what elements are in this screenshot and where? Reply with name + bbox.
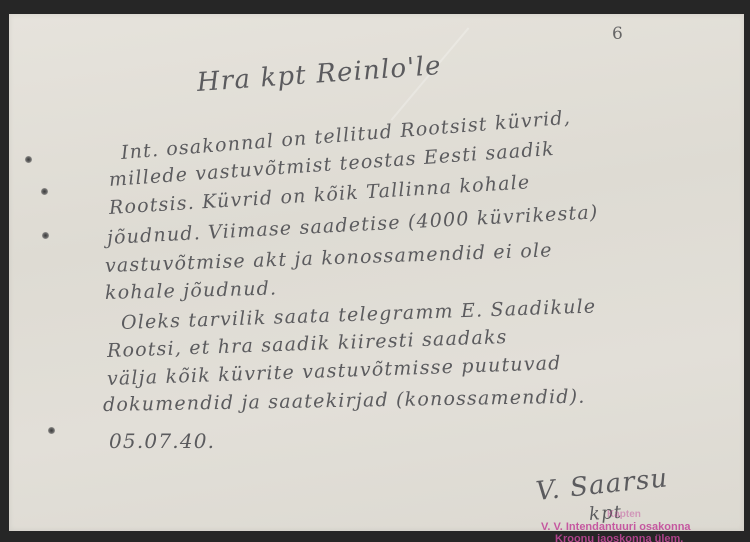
stamp-rank: Kapten <box>607 509 641 520</box>
stamp-title: Kroonu jaoskonna ülem. <box>555 533 683 542</box>
signature: V. Saarsu <box>534 463 669 507</box>
page-number: 6 <box>612 24 624 44</box>
punch-hole <box>48 427 55 434</box>
body-line: dokumendid ja saatekirjad (konossamendid… <box>103 386 586 416</box>
body-line: kohale jõudnud. <box>105 277 278 304</box>
punch-hole <box>41 188 48 195</box>
letter-date: 05.07.40. <box>109 429 215 453</box>
addressee-heading: Hra kpt Reinlo'le <box>196 51 443 98</box>
punch-hole <box>42 232 49 239</box>
punch-hole <box>25 156 32 163</box>
stamp-department: V. V. Intendantuuri osakonna <box>541 521 691 533</box>
letter-paper: 6 Hra kpt Reinlo'le Int. osakonnal on te… <box>9 14 744 531</box>
